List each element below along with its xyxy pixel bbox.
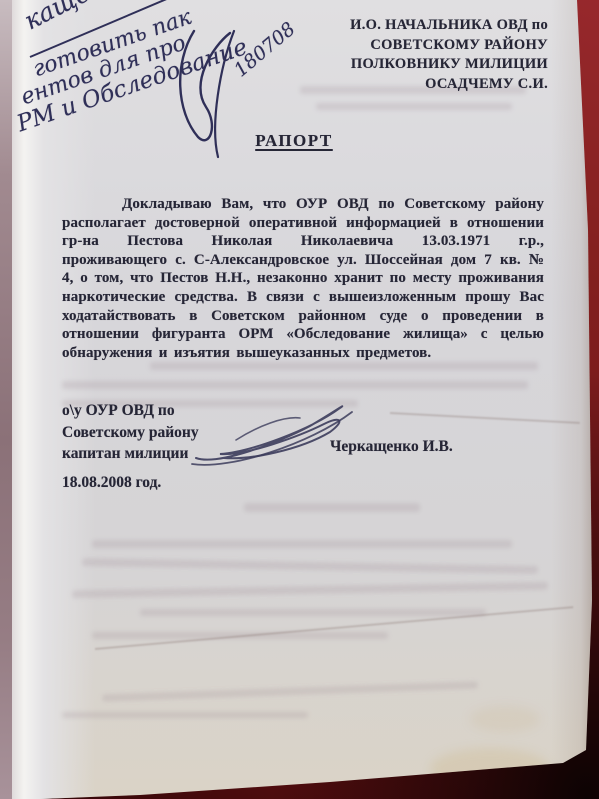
stain [430, 748, 550, 790]
bleedthrough-ghost-line [140, 609, 486, 616]
signoff-line: о\у ОУР ОВД по [62, 400, 199, 422]
recipient-header: И.О. НАЧАЛЬНИКА ОВД по СОВЕТСКОМУ РАЙОНУ… [240, 16, 548, 94]
document-photo: кащен готовить пак ентов для про РМ и Об… [0, 0, 599, 799]
bleedthrough-ghost-line [102, 681, 478, 701]
crease-line [390, 412, 580, 423]
body-paragraph: Докладываю Вам, что ОУР ОВД по Советском… [62, 195, 544, 362]
bleedthrough-ghost-line [316, 103, 512, 110]
bleedthrough-ghost-line [72, 582, 548, 598]
signature-stroke [188, 396, 358, 470]
signer-name: Черкащенко И.В. [330, 438, 453, 456]
bleedthrough-ghost-line [62, 381, 528, 389]
header-line: СОВЕТСКОМУ РАЙОНУ [240, 36, 548, 56]
header-line: ПОЛКОВНИКУ МИЛИЦИИ [240, 55, 548, 75]
bleedthrough-ghost-line [244, 503, 420, 512]
header-line: И.О. НАЧАЛЬНИКА ОВД по [240, 16, 548, 36]
bleedthrough-ghost-line [62, 712, 308, 718]
signoff-line: капитан милиции [62, 443, 199, 465]
header-line: ОСАДЧЕМУ С.И. [240, 75, 548, 95]
paper-sheet: кащен готовить пак ентов для про РМ и Об… [0, 0, 599, 799]
stain [470, 706, 540, 732]
signoff-position: о\у ОУР ОВД по Советскому району капитан… [62, 400, 199, 465]
bleedthrough-ghost-line [82, 558, 538, 574]
signoff-line: Советскому району [62, 422, 199, 444]
document-date: 18.08.2008 год. [62, 474, 161, 492]
bleedthrough-ghost-line [150, 362, 538, 370]
report-title: РАПОРТ [63, 131, 525, 151]
bleedthrough-ghost-line [92, 540, 512, 548]
